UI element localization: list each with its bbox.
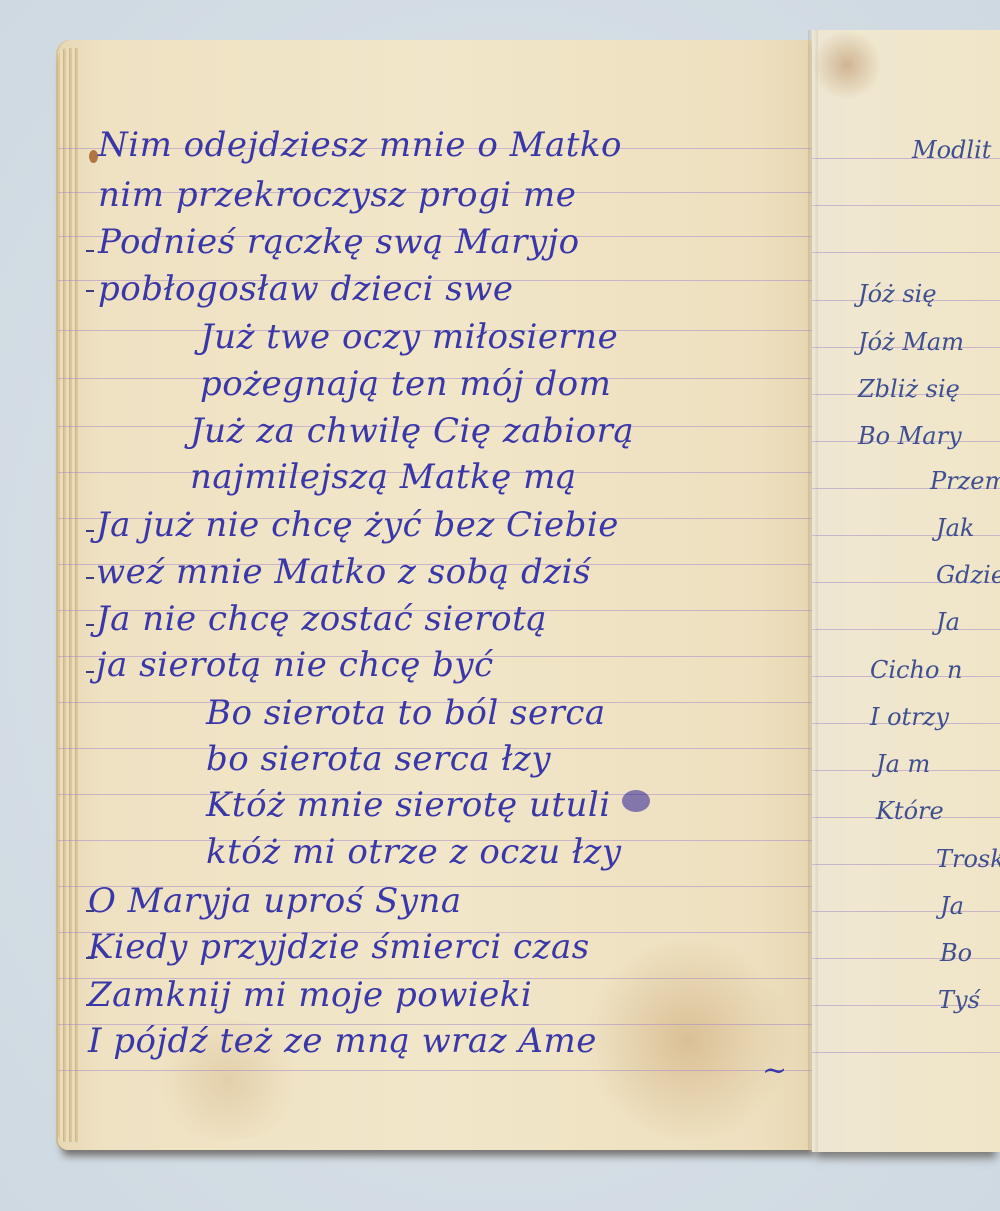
- water-stain: [578, 940, 798, 1140]
- page-title: Modlit: [912, 136, 991, 164]
- poem-line: ja sierotą nie chcę być: [96, 648, 494, 682]
- book-gutter: [808, 30, 818, 1152]
- margin-tick: [86, 290, 94, 292]
- poem-line: Jóż Mam: [858, 328, 964, 356]
- poem-line: Podnieś rączkę swą Maryjo: [98, 225, 580, 259]
- poem-line: Jóż się: [858, 280, 937, 308]
- poem-line: pobłogosław dzieci swe: [98, 272, 513, 306]
- poem-line: Jak: [936, 514, 974, 542]
- poem-line: weź mnie Matko z sobą dziś: [96, 555, 591, 589]
- poem-line: Nim odejdziesz mnie o Matko: [98, 128, 622, 162]
- poem-line: Już twe oczy miłosierne: [200, 320, 618, 354]
- margin-tick: [86, 624, 94, 626]
- poem-line: Bo sierota to ból serca: [206, 696, 606, 730]
- poem-line: Zamknij mi moje powieki: [88, 978, 532, 1012]
- ink-correction: [622, 790, 650, 812]
- poem-line: Ja już nie chcę żyć bez Ciebie: [96, 508, 619, 542]
- poem-line: Tyś: [938, 986, 980, 1014]
- poem-line: Trosk: [936, 845, 1000, 873]
- poem-line: bo sierota serca łzy: [206, 742, 551, 776]
- poem-line: Ja: [940, 892, 964, 920]
- poem-line: pożegnają ten mój dom: [200, 367, 611, 401]
- margin-tick: [86, 530, 94, 532]
- poem-line: Ja: [936, 608, 960, 636]
- poem-line: I pójdź też ze mną wraz Ame: [88, 1024, 597, 1058]
- poem-line: Któż mnie sierotę utuli: [206, 788, 611, 822]
- poem-line: nim przekroczysz progi me: [98, 178, 576, 212]
- poem-line: Które: [876, 797, 944, 825]
- poem-line: Kiedy przyjdzie śmierci czas: [88, 930, 590, 964]
- poem-line: Ja m: [876, 750, 930, 778]
- poem-line: O Maryja uproś Syna: [88, 884, 462, 918]
- poem-line: któż mi otrze z oczu łzy: [206, 835, 622, 869]
- ink-blot: [89, 150, 98, 163]
- margin-tick: [86, 250, 94, 252]
- poem-line: Przem: [930, 467, 1000, 495]
- margin-tick: [86, 671, 94, 673]
- tilde-mark: ~: [762, 1056, 788, 1086]
- poem-line: Ja nie chcę zostać sierotą: [96, 602, 547, 636]
- margin-tick: [86, 577, 94, 579]
- poem-line: Gdzie: [936, 561, 1000, 589]
- poem-line: najmilejszą Matkę mą: [190, 460, 577, 494]
- poem-line: I otrzy: [870, 703, 949, 731]
- poem-line: Bo: [940, 939, 972, 967]
- poem-line: Cicho n: [870, 656, 962, 684]
- poem-line: Już za chwilę Cię zabiorą: [190, 414, 634, 448]
- water-stain: [812, 30, 882, 100]
- right-page: [812, 30, 1000, 1152]
- poem-line: Bo Mary: [858, 422, 962, 450]
- poem-line: Zbliż się: [858, 375, 960, 403]
